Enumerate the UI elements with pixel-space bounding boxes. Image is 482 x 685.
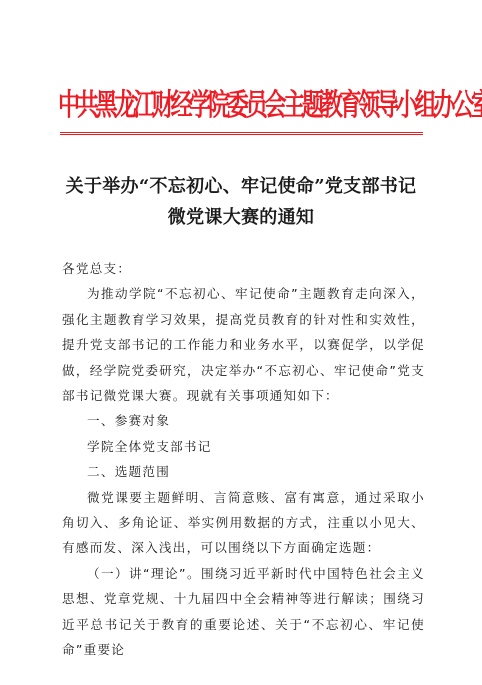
document-page: 中共黑龙江财经学院委员会主题教育领导小组办公室 关于举办“不忘初心、牢记使命”党… [0, 0, 482, 685]
document-body: 各党总支： 为推动学院“不忘初心、牢记使命”主题教育走向深入，强化主题教育学习效… [62, 256, 425, 663]
subitem-theory: （一）讲“理论”。围绕习近平新时代中国特色社会主义思想、党章党规、十九届四中全会… [62, 561, 425, 663]
red-rule-line-bottom [60, 134, 423, 135]
subitem-theory-label: （一）讲“理论”。 [87, 566, 201, 581]
intro-paragraph: 为推动学院“不忘初心、牢记使命”主题教育走向深入，强化主题教育学习效果，提高党员… [62, 281, 425, 408]
section-content-participants: 学院全体党支部书记 [62, 434, 425, 459]
salutation: 各党总支： [62, 256, 425, 281]
section-heading-participants: 一、参赛对象 [62, 408, 425, 433]
section-content-topic-scope: 微党课要主题鲜明、言简意赅、富有寓意，通过采取小角切入、多角论证、举实例用数据的… [62, 485, 425, 561]
issuing-office-header: 中共黑龙江财经学院委员会主题教育领导小组办公室 [58, 84, 398, 127]
document-title-line-1: 关于举办“不忘初心、牢记使命”党支部书记 [40, 172, 442, 198]
section-heading-topic-scope: 二、选题范围 [62, 459, 425, 484]
red-double-rule [60, 132, 423, 136]
document-title-line-2: 微党课大赛的通知 [40, 203, 442, 229]
red-rule-line-top [60, 132, 423, 133]
